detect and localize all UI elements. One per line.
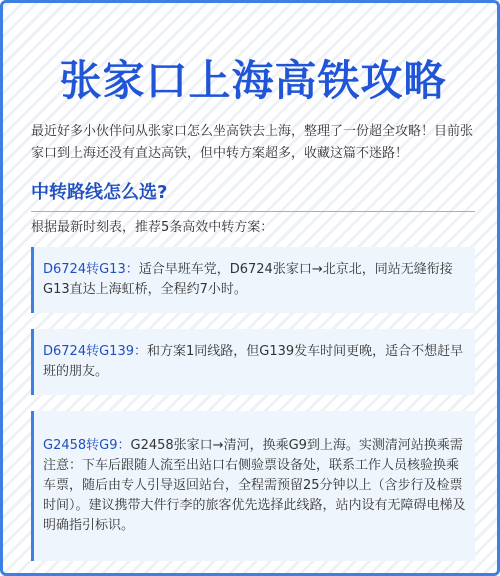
route-label: G2458转G9： (43, 438, 131, 453)
route-text: D6724转G13：适合早班车党，D6724张家口→北京北，同站无缝衔接G13直… (43, 260, 467, 300)
route-label: D6724转G139： (43, 344, 147, 359)
route-card: D6724转G139：和方案1同线路，但G139发车时间更晚，适合不想赶早班的朋… (31, 329, 475, 395)
route-card: D6724转G13：适合早班车党，D6724张家口→北京北，同站无缝衔接G13直… (31, 247, 475, 313)
route-text: G2458转G9：G2458张家口→清河，换乘G9到上海。实测清河站换乘需注意：… (43, 436, 467, 536)
page-title: 张家口上海高铁攻略 (3, 55, 500, 107)
route-label: D6724转G13： (43, 262, 139, 277)
route-card: G2458转G9：G2458张家口→清河，换乘G9到上海。实测清河站换乘需注意：… (31, 411, 475, 561)
route-text: D6724转G139：和方案1同线路，但G139发车时间更晚，适合不想赶早班的朋… (43, 342, 467, 382)
page-frame: 张家口上海高铁攻略 最近好多小伙伴问从张家口怎么坐高铁去上海，整理了一份超全攻略… (0, 0, 500, 576)
section-heading: 中转路线怎么选? (31, 179, 475, 212)
intro-paragraph: 最近好多小伙伴问从张家口怎么坐高铁去上海，整理了一份超全攻略！目前张家口到上海还… (31, 121, 479, 165)
section-subtitle: 根据最新时刻表，推荐5条高效中转方案： (31, 217, 475, 239)
